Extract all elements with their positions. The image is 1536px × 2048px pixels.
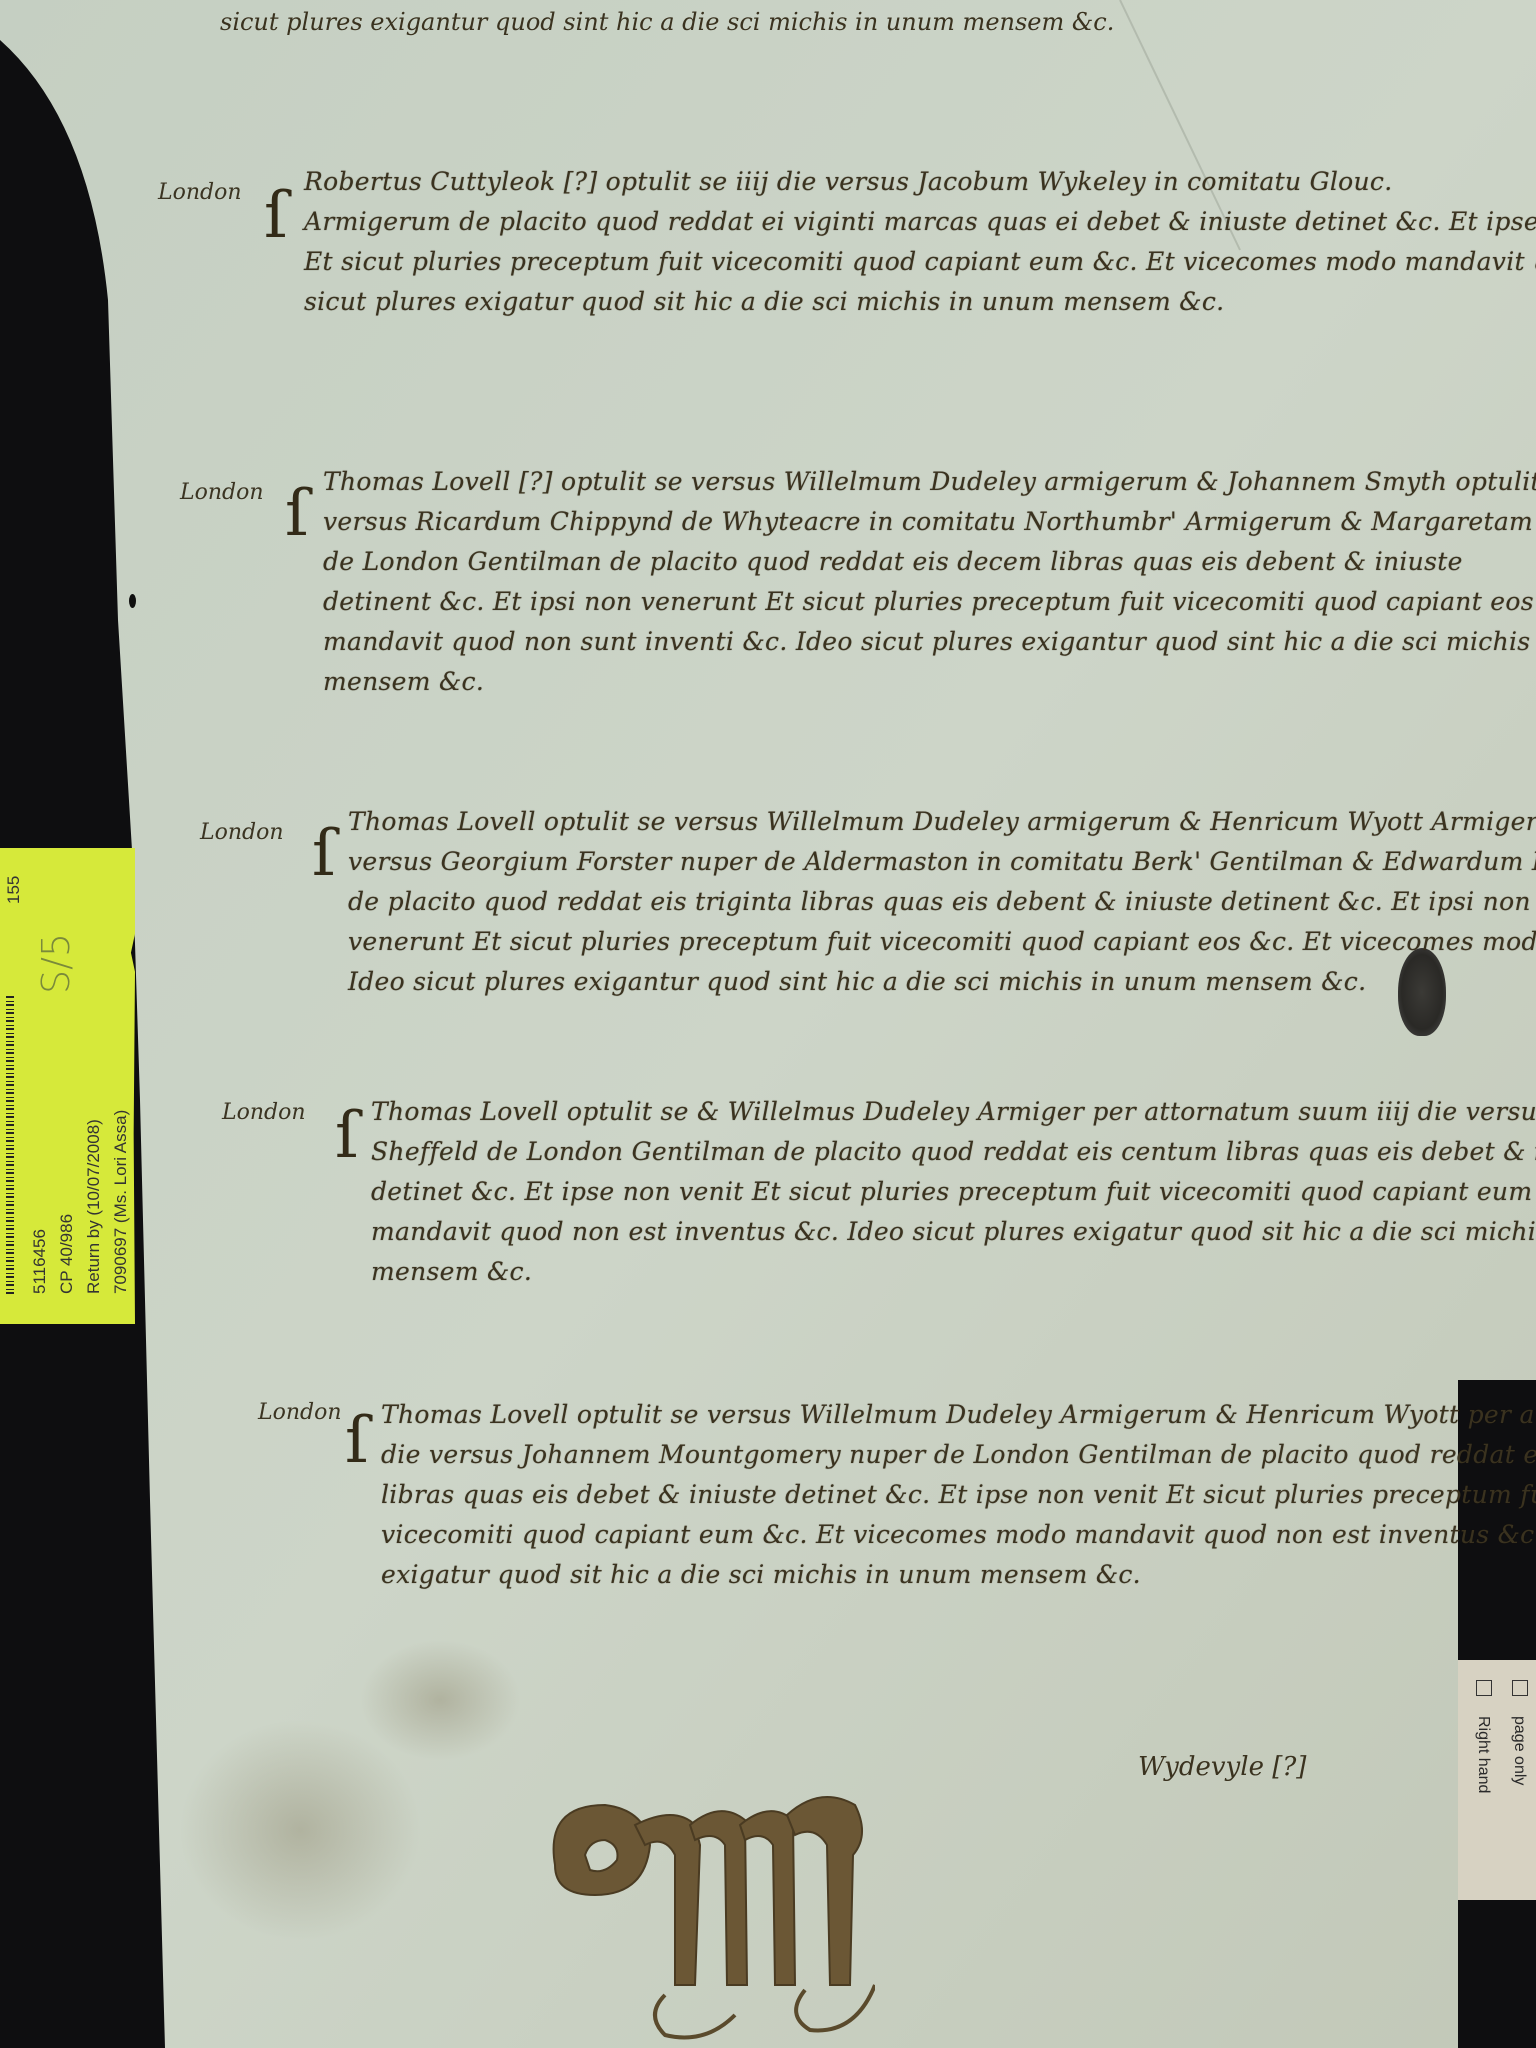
entry-line: mandavit quod non est inventus &c. Ideo … — [371, 1212, 1536, 1252]
slip-reader: 7090697 (Ms. Lori Assa) — [111, 1110, 131, 1294]
handwritten-mark: S/5 — [34, 933, 78, 994]
margin-label-london: London — [222, 1100, 306, 1125]
entry-line: detinet &c. Et ipse non venit Et sicut p… — [371, 1172, 1536, 1212]
initial-s-glyph: ſ — [264, 184, 288, 248]
entry-line: Thomas Lovell optulit se versus Willelmu… — [348, 802, 1536, 842]
entry-line: Armigerum de placito quod reddat ei vigi… — [304, 202, 1536, 242]
initial-s-glyph: ſ — [335, 1104, 359, 1168]
page-only-label: page only — [1510, 1716, 1528, 1785]
pinhole — [129, 594, 136, 608]
entry-line: versus Georgium Forster nuper de Alderma… — [348, 842, 1536, 882]
entry-line: sicut plures exigatur quod sit hic a die… — [304, 282, 1536, 322]
entry-line: mensem &c. — [323, 662, 1536, 702]
initial-s-glyph: ſ — [285, 482, 309, 546]
plea-entry-2: ſ Thomas Lovell [?] optulit se versus Wi… — [285, 462, 1536, 702]
entry-line: mensem &c. — [371, 1252, 1536, 1292]
entry-line: exigatur quod sit hic a die sci michis i… — [381, 1555, 1536, 1595]
margin-label-london: London — [258, 1400, 342, 1425]
plea-entry-1: ſ Robertus Cuttyleok [?] optulit se iiij… — [262, 162, 1536, 322]
fragment-line: sicut plures exigantur quod sint hic a d… — [220, 8, 1114, 36]
plea-entry-3: ſ Thomas Lovell optulit se versus Willel… — [312, 802, 1536, 1002]
plea-entry-4: ſ Thomas Lovell optulit se & Willelmus D… — [335, 1092, 1536, 1292]
page-slip-content: page only Right hand — [1458, 1660, 1536, 1900]
entry-line: de placito quod reddat eis triginta libr… — [348, 882, 1536, 922]
entry-line: detinent &c. Et ipsi non venerunt Et sic… — [323, 582, 1536, 622]
entry-line: mandavit quod non sunt inventi &c. Ideo … — [323, 622, 1536, 662]
entry-line: Et sicut pluries preceptum fuit vicecomi… — [304, 242, 1536, 282]
roll-monogram — [535, 1785, 875, 2048]
slip-number: 155 — [4, 876, 24, 904]
entry-line: Thomas Lovell optulit se versus Willelmu… — [381, 1395, 1536, 1435]
page-only-checkbox[interactable] — [1512, 1680, 1528, 1696]
entry-line: Sheffeld de London Gentilman de placito … — [371, 1132, 1536, 1172]
barcode — [6, 994, 14, 1294]
entry-line: libras quas eis debet & iniuste detinet … — [381, 1475, 1536, 1515]
top-fragment: sicut plures exigantur quod sint hic a d… — [0, 0, 1400, 50]
right-hand-checkbox[interactable] — [1476, 1680, 1492, 1696]
entry-line: Robertus Cuttyleok [?] optulit se iiij d… — [304, 162, 1536, 202]
entry-line: vicecomiti quod capiant eum &c. Et vicec… — [381, 1515, 1536, 1555]
entry-line: die versus Johannem Mountgomery nuper de… — [381, 1435, 1536, 1475]
entry-line: versus Ricardum Chippynd de Whyteacre in… — [323, 502, 1536, 542]
entry-line: venerunt Et sicut pluries preceptum fuit… — [348, 922, 1536, 962]
slip-return-date: Return by (10/07/2008) — [84, 1119, 104, 1294]
initial-s-glyph: ſ — [312, 822, 336, 886]
margin-label-london: London — [158, 180, 242, 205]
monogram-glyph — [535, 1785, 875, 2048]
slip-content: 155 S/5 5116456 CP 40/986 Return by (10/… — [0, 848, 135, 1324]
slip-reference: CP 40/986 — [57, 1214, 77, 1294]
plea-entry-5: ſ Thomas Lovell optulit se versus Willel… — [345, 1395, 1536, 1595]
margin-label-london: London — [200, 820, 284, 845]
entry-line: Ideo sicut plures exigantur quod sint hi… — [348, 962, 1536, 1002]
entry-line: Thomas Lovell optulit se & Willelmus Dud… — [371, 1092, 1536, 1132]
initial-s-glyph: ſ — [345, 1409, 369, 1473]
margin-label-london: London — [180, 480, 264, 505]
clerk-signature: Wydevyle [?] — [1138, 1752, 1306, 1782]
right-hand-label: Right hand — [1474, 1716, 1492, 1793]
slip-line: 5116456 — [30, 1229, 50, 1294]
archive-production-slip: 155 S/5 5116456 CP 40/986 Return by (10/… — [0, 848, 135, 1324]
entry-line: de London Gentilman de placito quod redd… — [323, 542, 1536, 582]
entry-line: Thomas Lovell [?] optulit se versus Will… — [323, 462, 1536, 502]
page-selection-slip: page only Right hand — [1458, 1660, 1536, 1900]
